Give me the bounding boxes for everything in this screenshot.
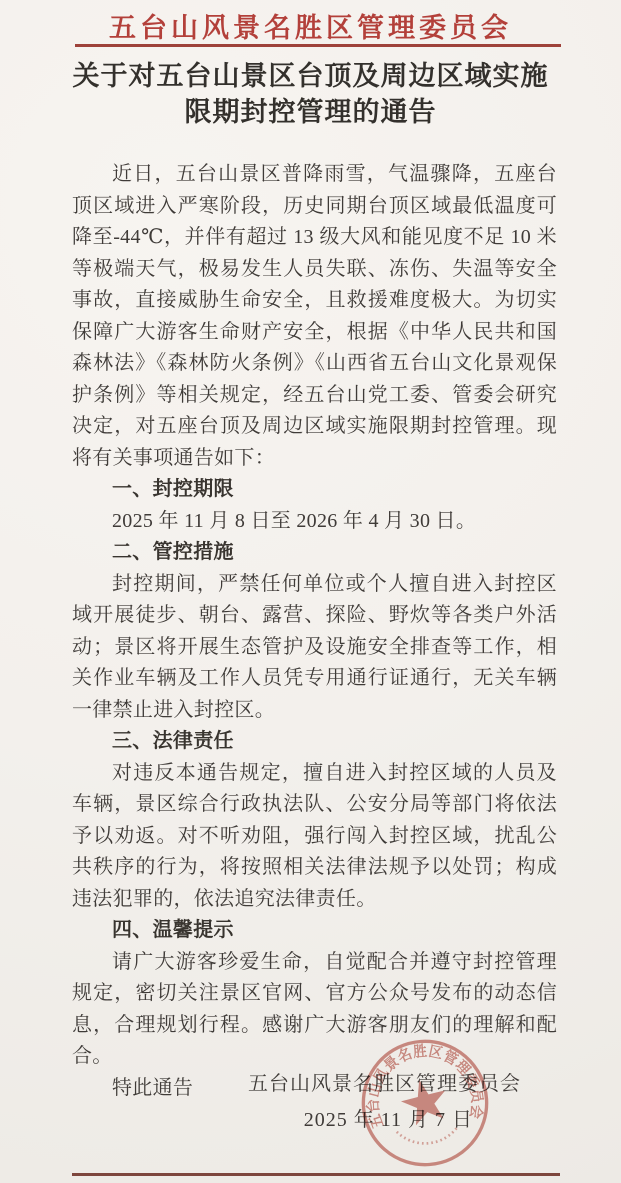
signature-org: 五台山风景名胜区管理委员会: [72, 1069, 557, 1101]
section-1-paragraph: 2025 年 11 月 8 日至 2026 年 4 月 30 日。: [72, 506, 557, 538]
header-divider-line: [75, 44, 561, 47]
notice-document-page: 五台山风景名胜区管理委员会 关于对五台山景区台顶及周边区域实施 限期封控管理的通…: [0, 0, 621, 1183]
signature-block: 五台山风景名胜区管理委员会 2025 年 11 月 7 日: [72, 1069, 557, 1136]
section-3-heading: 三、法律责任: [72, 726, 557, 758]
document-title: 关于对五台山景区台顶及周边区域实施 限期封控管理的通告: [0, 58, 621, 130]
title-line-2: 限期封控管理的通告: [0, 94, 621, 130]
bottom-divider-line: [72, 1173, 560, 1176]
section-3-paragraph: 对违反本通告规定，擅自进入封控区域的人员及车辆，景区综合行政执法队、公安分局等部…: [72, 758, 557, 916]
section-4-paragraph: 请广大游客珍爱生命，自觉配合并遵守封控管理规定，密切关注景区官网、官方公众号发布…: [72, 947, 557, 1073]
section-4-heading: 四、温馨提示: [72, 915, 557, 947]
signature-date: 2025 年 11 月 7 日: [72, 1105, 557, 1137]
document-body: 近日，五台山景区普降雨雪，气温骤降，五座台顶区域进入严寒阶段，历史同期台顶区域最…: [72, 159, 557, 1104]
section-1-heading: 一、封控期限: [72, 474, 557, 506]
section-2-paragraph: 封控期间，严禁任何单位或个人擅自进入封控区域开展徒步、朝台、露营、探险、野炊等各…: [72, 569, 557, 727]
intro-paragraph: 近日，五台山景区普降雨雪，气温骤降，五座台顶区域进入严寒阶段，历史同期台顶区域最…: [72, 159, 557, 474]
title-line-1: 关于对五台山景区台顶及周边区域实施: [0, 58, 621, 94]
section-2-heading: 二、管控措施: [72, 537, 557, 569]
document-org-header: 五台山风景名胜区管理委员会: [0, 0, 621, 45]
